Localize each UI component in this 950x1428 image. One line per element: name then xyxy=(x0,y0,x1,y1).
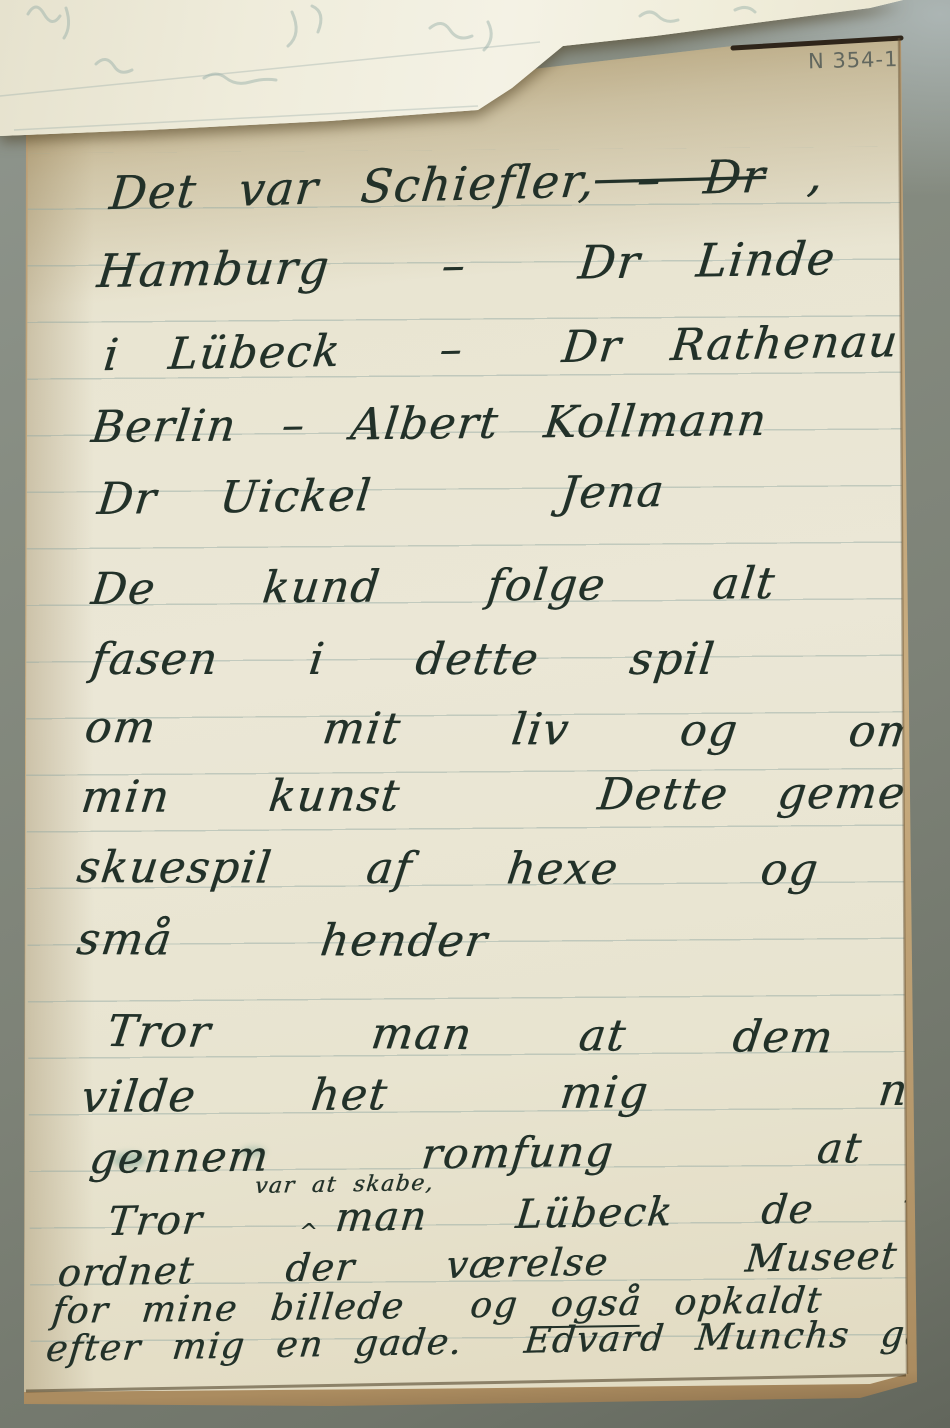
handwriting-line-8: om mit liv og om xyxy=(82,706,923,754)
bleed-through-writing xyxy=(0,0,950,200)
handwriting-line-2: Hamburg – Dr Linde xyxy=(95,235,838,294)
handwriting-line-14: gennem romfung at gjøre xyxy=(87,1124,950,1180)
handwriting-line-4: Berlin – Albert Kollmann xyxy=(89,399,769,450)
handwriting-line-12: Tror man at dem xyxy=(104,1010,836,1060)
handwriting-line-7: fasen i dette spil xyxy=(89,638,718,682)
flipped-page xyxy=(0,0,950,200)
handwriting-line-15: Tror man Lübeck de vilde xyxy=(106,1186,950,1242)
notebook-page: N 354-10 Det var Schiefler, – Dr ,Hambur… xyxy=(0,0,950,1428)
handwriting-line-11: små hender xyxy=(74,918,490,964)
handwriting: Det var Schiefler, – Dr ,Hamburg – Dr Li… xyxy=(0,0,950,1428)
handwriting-line-5: Dr Uickel Jena xyxy=(95,470,667,522)
handwriting-line-10: skuespil af hexe og xyxy=(74,846,821,893)
handwriting-line-6: De kund folge alt xyxy=(89,562,778,612)
manuscript-photo: N 354-10 Det var Schiefler, – Dr ,Hambur… xyxy=(0,0,950,1428)
handwriting-line-3: i Lübeck – Dr Rathenau xyxy=(101,320,900,378)
handwriting-line-9: min kunst Dette gemene xyxy=(79,771,950,820)
handwriting-line-13: vilde het mig nu xyxy=(79,1069,941,1121)
overlapping-page-corner xyxy=(0,0,950,200)
